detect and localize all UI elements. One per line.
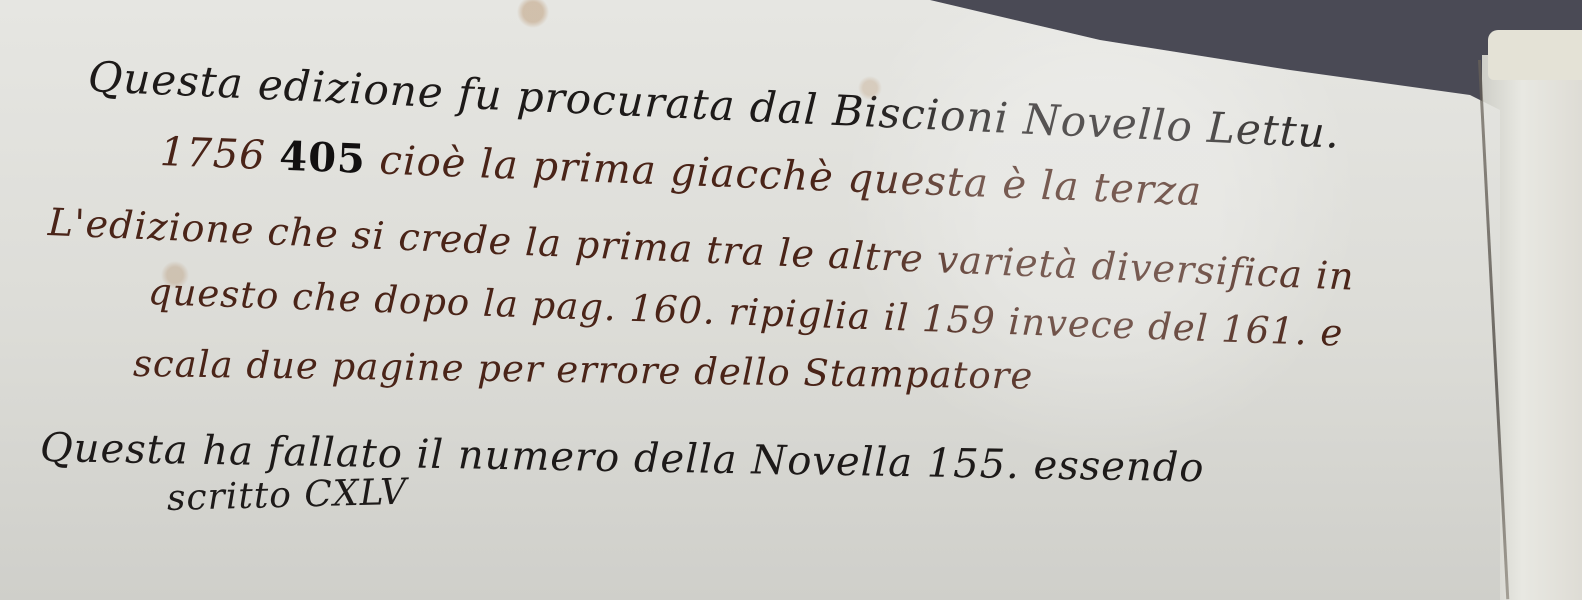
manuscript-line-4: questo che dopo la pag. 160. ripiglia il… xyxy=(147,270,1344,355)
page-corner xyxy=(1488,30,1582,80)
line-7-text: scritto CXLV xyxy=(166,472,407,519)
manuscript-line-5: scala due pagine per errore dello Stampa… xyxy=(133,342,1034,398)
line-1-text: Questa edizione fu procurata dal Biscion… xyxy=(87,52,1341,158)
line-2-text: cioè la prima giacchè questa è la terza xyxy=(379,137,1203,215)
manuscript-line-6: Questa ha fallato il numero della Novell… xyxy=(40,425,1205,491)
manuscript-line-7: scritto CXLV xyxy=(166,472,407,519)
manuscript-page: Questa edizione fu procurata dal Biscion… xyxy=(0,0,1500,600)
manuscript-line-2: 1756 405 cioè la prima giacchè questa è … xyxy=(159,128,1203,215)
line-5-text: scala due pagine per errore dello Stampa… xyxy=(133,342,1034,398)
line-2-number: 405 xyxy=(279,133,367,183)
line-2-year: 1756 xyxy=(159,129,266,179)
manuscript-line-3: L'edizione che si crede la prima tra le … xyxy=(47,200,1355,299)
line-6-text: Questa ha fallato il numero della Novell… xyxy=(40,425,1205,491)
line-3-text: L'edizione che si crede la prima tra le … xyxy=(47,200,1355,299)
manuscript-line-1: Questa edizione fu procurata dal Biscion… xyxy=(87,52,1341,158)
line-4-text: questo che dopo la pag. 160. ripiglia il… xyxy=(147,270,1344,355)
